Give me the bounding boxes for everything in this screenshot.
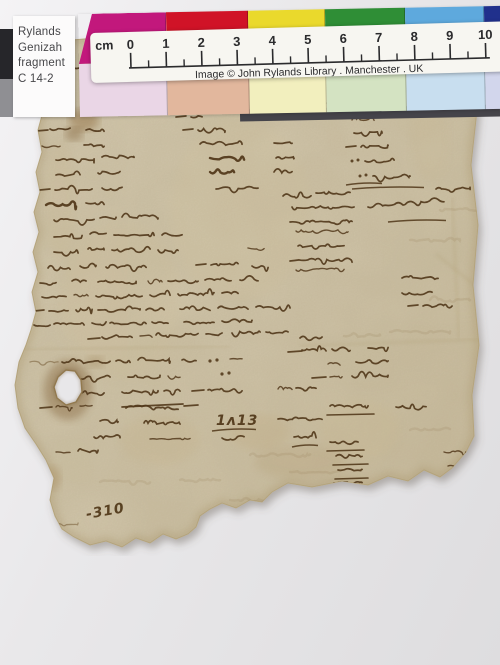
shelfmark-line: Genizah [18, 41, 75, 57]
ruler-number: 8 [410, 29, 418, 44]
scale-assembly: cm012345678910Image © John Rylands Libra… [0, 0, 500, 117]
ruler-number: 2 [197, 35, 205, 50]
grayscale-patch-dark [0, 29, 13, 79]
ruler-number: 10 [478, 27, 493, 42]
ruler-number: 3 [233, 34, 241, 49]
ruler-number: 4 [268, 33, 276, 48]
ruler-number: 7 [375, 30, 383, 45]
ruler-unit-label: cm [95, 38, 113, 52]
shelfmark-line: Rylands [18, 25, 75, 41]
shelfmark-line: fragment [18, 56, 75, 72]
grayscale-patch-light [0, 79, 13, 117]
ruler-number: 0 [127, 37, 135, 52]
ruler-number: 5 [304, 32, 312, 47]
shelfmark-label: Rylands Genizah fragment C 14-2 [13, 16, 75, 117]
photograph-background: 1ʌ13-310 cm012345678910Image © John Ryla… [0, 0, 500, 665]
ruler-number: 9 [446, 28, 454, 43]
ruler-number: 1 [162, 36, 170, 51]
ruler-number: 6 [339, 31, 347, 46]
svg-text:1ʌ13: 1ʌ13 [216, 413, 258, 429]
shelfmark-line: C 14-2 [18, 72, 75, 88]
grayscale-patch-column [0, 29, 13, 117]
